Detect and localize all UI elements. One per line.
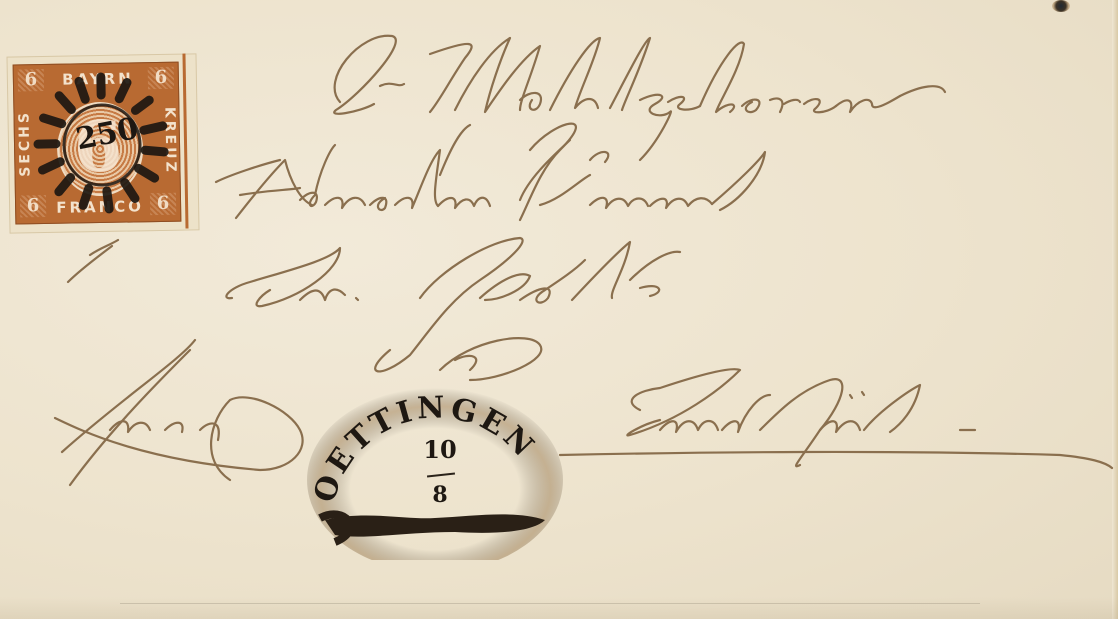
envelope-cover: 6 6 6 6 BAYRN FRANCO SECHS KREUZ 6 xyxy=(0,0,1118,619)
town-postmark: OETTINGEN 10 8 xyxy=(305,370,565,560)
postmark-day: 10 xyxy=(420,435,460,464)
handwriting-line4 xyxy=(560,369,1112,468)
postmark-arc-icon: OETTINGEN xyxy=(305,370,565,560)
handwriting-line2 xyxy=(216,124,765,220)
handwriting-line3 xyxy=(226,238,680,371)
handwriting-line1 xyxy=(334,36,945,160)
postmark-month: 8 xyxy=(420,482,460,508)
